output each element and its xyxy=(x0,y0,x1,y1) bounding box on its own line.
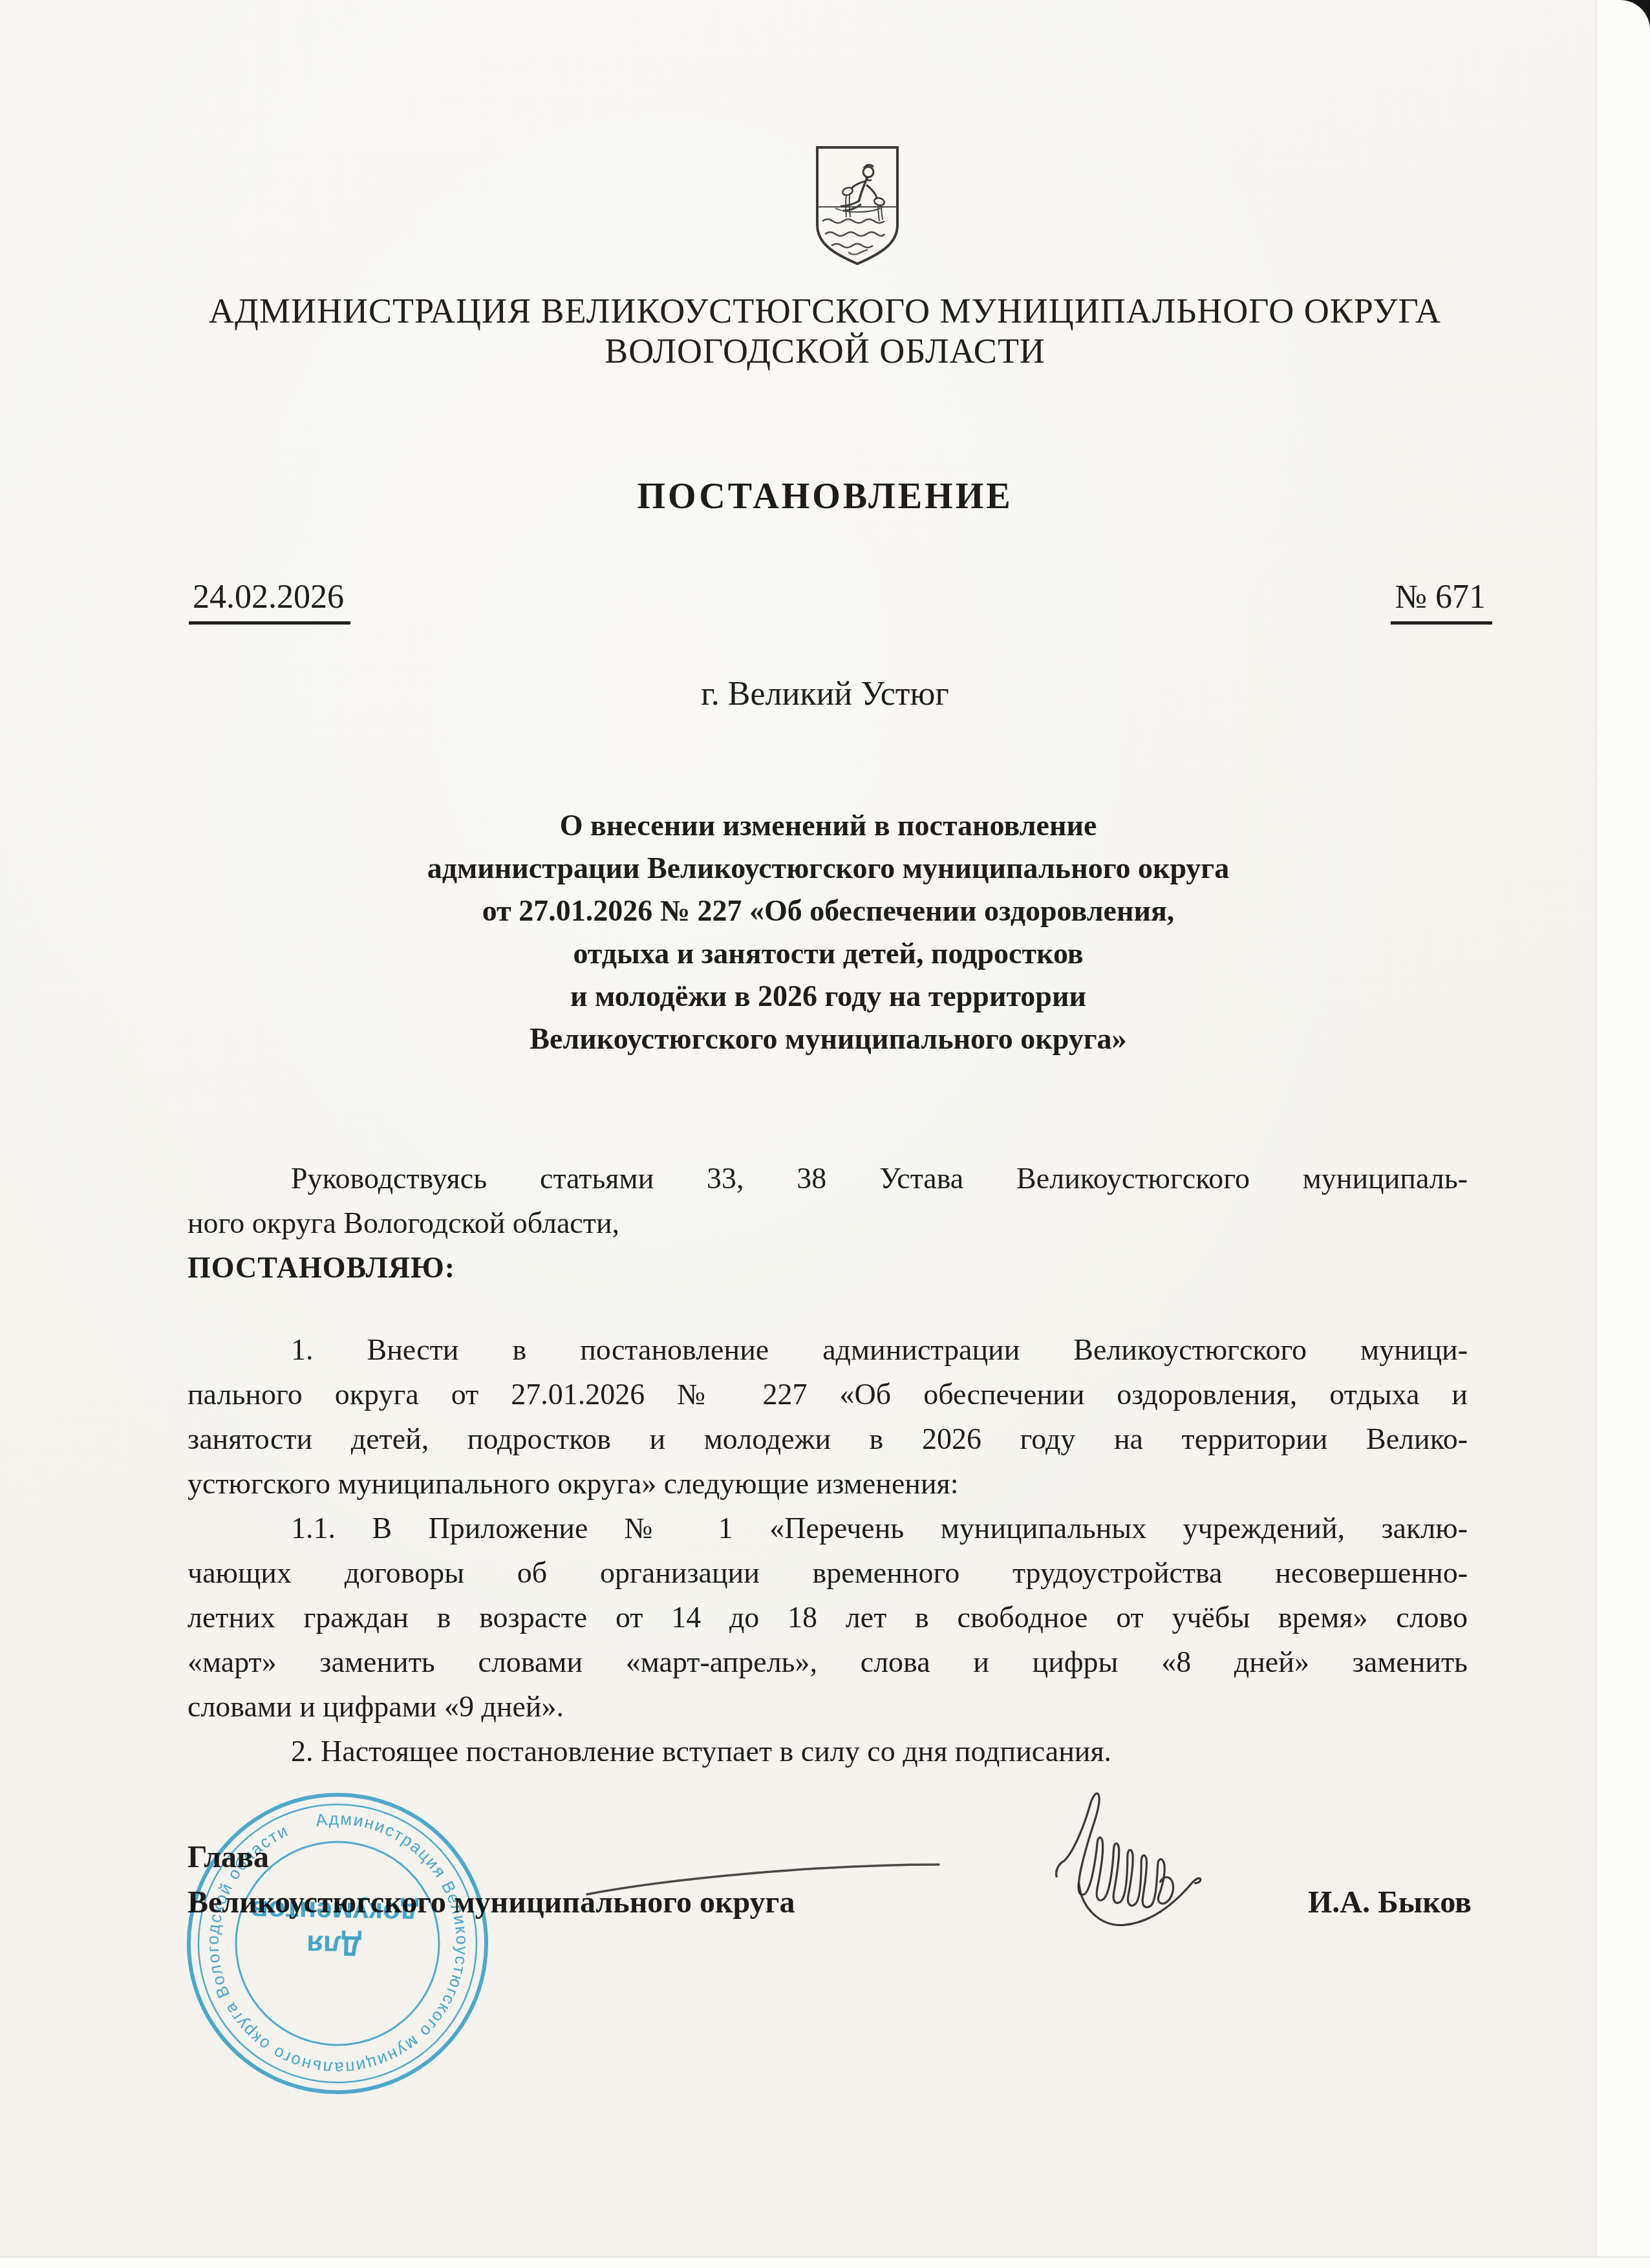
resolve-word: ПОСТАНОВЛЯЮ: xyxy=(187,1245,1468,1290)
place-line: г. Великий Устюг xyxy=(0,675,1650,713)
text-line: «март» заменить словами «март-апрель», с… xyxy=(187,1640,1468,1684)
text-line: летних граждан в возрасте от 14 до 18 ле… xyxy=(187,1595,1468,1640)
document-type-heading: ПОСТАНОВЛЕНИЕ xyxy=(0,476,1650,517)
scanner-corner-shadow xyxy=(1620,0,1650,30)
preamble-paragraph: Руководствуясь статьями 33, 38 Устава Ве… xyxy=(187,1156,1468,1245)
signer-name: И.А. Быков xyxy=(1308,1880,1472,1925)
text-line: Руководствуясь статьями 33, 38 Устава Ве… xyxy=(187,1156,1468,1201)
text-line: занятости детей, подростков и молодежи в… xyxy=(187,1417,1468,1461)
text-line: 1. Внести в постановление администрации … xyxy=(187,1327,1468,1372)
coat-of-arms-veliky-ustyug-icon xyxy=(812,144,903,268)
org-name-line1: АДМИНИСТРАЦИЯ ВЕЛИКОУСТЮГСКОГО МУНИЦИПАЛ… xyxy=(0,291,1650,331)
text-line: устюгского муниципального округа» следую… xyxy=(187,1461,1468,1506)
org-name-line2: ВОЛОГОДСКОЙ ОБЛАСТИ xyxy=(0,331,1650,371)
text-line: от 27.01.2026 № 227 «Об обеспечении оздо… xyxy=(187,890,1469,932)
document-date: 24.02.2026 xyxy=(189,578,350,625)
text-line: ного округа Вологодской области, xyxy=(187,1201,1468,1245)
text-line: и молодёжи в 2026 году на территории xyxy=(187,975,1469,1018)
document-number: № 671 xyxy=(1391,578,1492,625)
document-body: Руководствуясь статьями 33, 38 Устава Ве… xyxy=(187,1156,1468,1773)
text-line: пального округа от 27.01.2026 № 227 «Об … xyxy=(187,1372,1468,1417)
scanner-edge-bottom xyxy=(0,2256,1650,2268)
paragraph-2: 2. Настоящее постановление вступает в си… xyxy=(187,1729,1468,1773)
text-line: администрации Великоустюгского муниципал… xyxy=(187,847,1469,890)
scanned-document-page: АДМИНИСТРАЦИЯ ВЕЛИКОУСТЮГСКОГО МУНИЦИПАЛ… xyxy=(0,0,1650,2268)
date-number-row: 24.02.2026 № 671 xyxy=(189,578,1492,625)
text-line: чающих договоры об организации временног… xyxy=(187,1550,1468,1595)
document-title: О внесении изменений в постановлениеадми… xyxy=(187,804,1469,1060)
text-line: О внесении изменений в постановление xyxy=(187,804,1469,847)
official-round-stamp: Администрация Великоустюгского муниципал… xyxy=(153,1759,521,2127)
text-line: словами и цифрами «9 дней». xyxy=(187,1684,1468,1729)
stamp-center-line2: документов xyxy=(250,1894,418,1929)
text-line: 2. Настоящее постановление вступает в си… xyxy=(187,1729,1468,1773)
text-line: Великоустюгского муниципального округа» xyxy=(187,1018,1469,1060)
text-line: 1.1. В Приложение № 1 «Перечень муниципа… xyxy=(187,1506,1468,1550)
stamp-center-line1: Для xyxy=(306,1929,362,1962)
text-line: отдыха и занятости детей, подростков xyxy=(187,932,1469,975)
paragraph-1-1: 1.1. В Приложение № 1 «Перечень муниципа… xyxy=(187,1506,1468,1729)
paragraph-1: 1. Внести в постановление администрации … xyxy=(187,1327,1468,1506)
org-name: АДМИНИСТРАЦИЯ ВЕЛИКОУСТЮГСКОГО МУНИЦИПАЛ… xyxy=(0,291,1650,371)
